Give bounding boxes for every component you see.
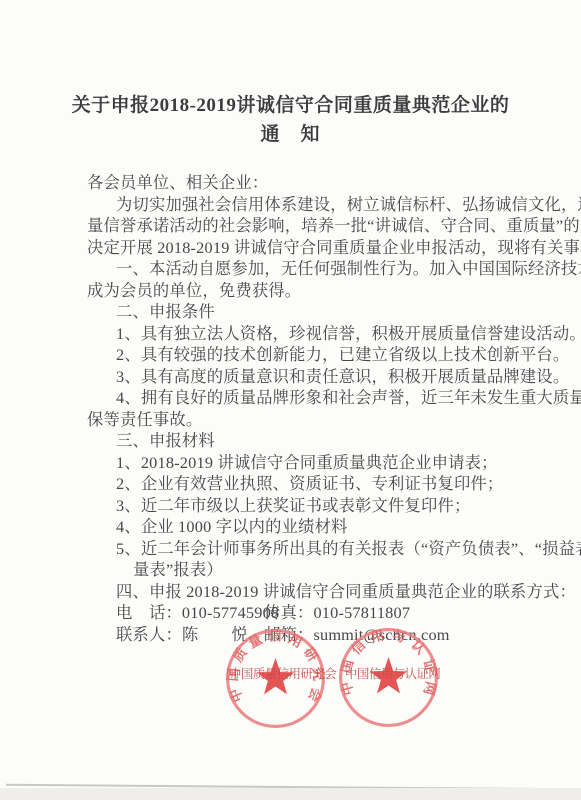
scanned-notice-page: 关于申报2018-2019讲诚信守合同重质量典范企业的 通 知 各会员单位、相关… <box>0 0 581 789</box>
text-line: 二、申报条件 <box>87 301 517 323</box>
text-line: 4、拥有良好的质量品牌形象和社会声誉，近三年未发生重大质量、安全和环 <box>87 387 517 409</box>
text-line: 3、近二年市级以上获奖证书或表彰文件复印件； <box>87 495 517 517</box>
scan-background <box>0 788 581 800</box>
body-lines: 各会员单位、相关企业：为切实加强社会信用体系建设，树立诚信标杆、弘扬诚信文化，进… <box>87 172 517 645</box>
text-line: 保等责任事故。 <box>87 409 517 431</box>
notice-title-line1: 关于申报2018-2019讲诚信守合同重质量典范企业的 <box>0 90 581 117</box>
text-line: 3、具有高度的质量意识和责任意识，积极开展质量品牌建设。 <box>87 366 517 388</box>
text-line: 2、具有较强的技术创新能力，已建立省级以上技术创新平台。 <box>87 344 517 366</box>
text-line: 4、企业 1000 字以内的业绩材料 <box>87 516 517 538</box>
text-line: 1、具有独立法人资格，珍视信誉，积极开展质量信誉建设活动。 <box>87 323 517 345</box>
text-line: 成为会员的单位，免费获得。 <box>87 280 517 302</box>
text-line: 决定开展 2018-2019 讲诚信守合同重质量企业申报活动，现将有关事项通知如… <box>87 237 517 259</box>
notice-title-line2: 通 知 <box>0 119 581 146</box>
text-line: 为切实加强社会信用体系建设，树立诚信标杆、弘扬诚信文化，进一步扩大质 <box>87 194 517 216</box>
text-line: 三、申报材料 <box>87 430 517 452</box>
text-line: 量信誉承诺活动的社会影响，培养一批“讲诚信、守合同、重质量”的先进企业， <box>87 215 517 237</box>
contact-right: 传真：010-57811807 <box>264 603 410 622</box>
text-line: 2、企业有效营业执照、资质证书、专利证书复印件； <box>87 473 517 495</box>
text-line: 1、2018-2019 讲诚信守合同重质量典范企业申请表； <box>87 452 517 474</box>
text-line: 各会员单位、相关企业： <box>87 172 517 194</box>
text-line: 5、近二年会计师事务所出具的有关报表（“资产负债表”、“损益表”、“现金流 <box>87 538 517 560</box>
seal-right-caption: 中国信用与认证网 <box>345 666 440 682</box>
seal-left-caption: 中国质量信用研究会 <box>229 666 336 682</box>
text-line: 一、本活动自愿参加，无任何强制性行为。加入中国国际经济技术合作促进会 <box>87 258 517 280</box>
text-line: 四、申报 2018-2019 讲诚信守合同重质量典范企业的联系方式： <box>87 581 517 603</box>
contact-left: 电 话：010-57745908 <box>116 602 264 624</box>
text-line: 电 话：010-57745908传真：010-57811807 <box>87 602 517 624</box>
text-line: 量表”报表） <box>87 559 517 581</box>
